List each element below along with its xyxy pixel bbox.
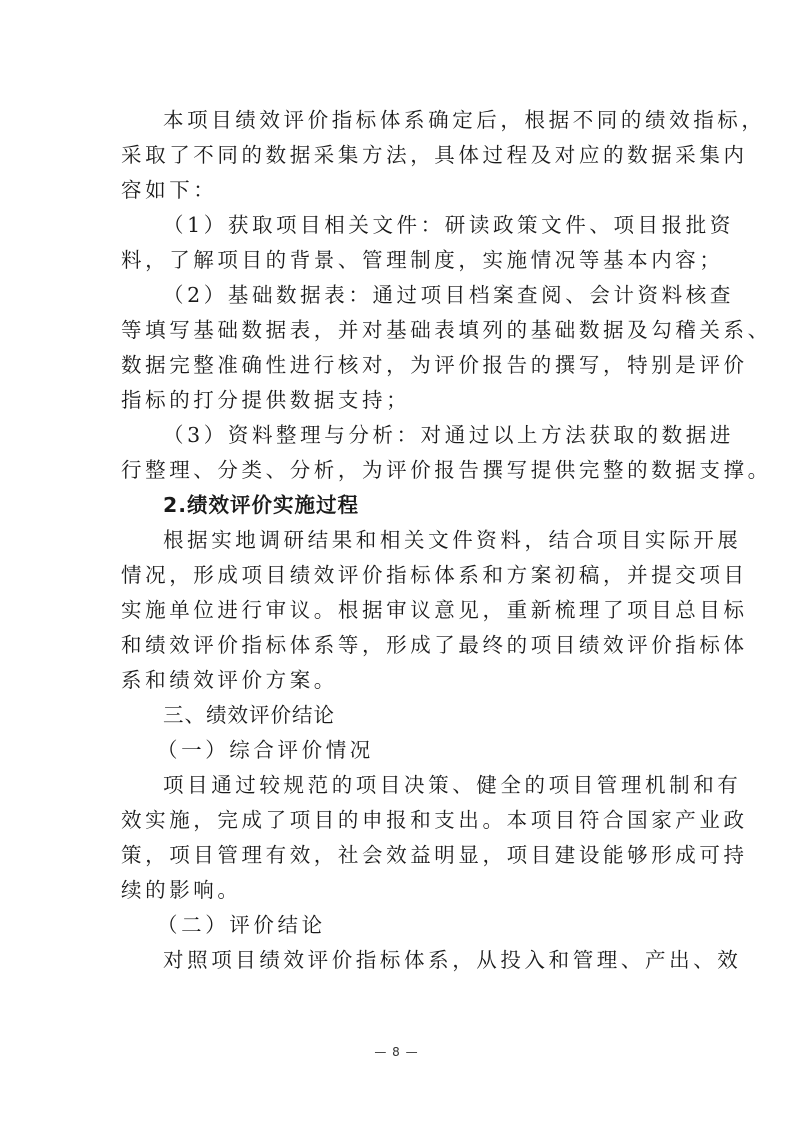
text-line: 料，了解项目的背景、管理制度，实施情况等基本内容； (121, 243, 681, 278)
list-item-3: （3）资料整理与分析：对通过以上方法获取的数据进 行整理、分类、分析，为评价报告… (121, 418, 681, 488)
summary-paragraph: 项目通过较规范的项目决策、健全的项目管理机制和有 效实施，完成了项目的申报和支出… (121, 768, 681, 908)
text-line: 指标的打分提供数据支持； (121, 383, 681, 418)
conclusion-paragraph: 对照项目绩效评价指标体系，从投入和管理、产出、效 (121, 943, 681, 978)
document-page: 本项目绩效评价指标体系确定后，根据不同的绩效指标， 采取了不同的数据采集方法，具… (0, 0, 793, 1122)
text-line: 数据完整准确性进行核对，为评价报告的撰写，特别是评价 (121, 348, 681, 383)
section-heading-process: 2.绩效评价实施过程 (121, 488, 681, 523)
text-line: 容如下： (121, 173, 681, 208)
text-line: 系和绩效评价方案。 (121, 663, 681, 698)
section-heading-conclusion: 三、绩效评价结论 (121, 698, 681, 733)
page-content: 本项目绩效评价指标体系确定后，根据不同的绩效指标， 采取了不同的数据采集方法，具… (121, 103, 681, 978)
text-line: 实施单位进行审议。根据审议意见，重新梳理了项目总目标 (121, 593, 681, 628)
process-paragraph: 根据实地调研结果和相关文件资料，结合项目实际开展 情况，形成项目绩效评价指标体系… (121, 523, 681, 698)
text-line: 等填写基础数据表，并对基础表填列的基础数据及勾稽关系、 (121, 313, 681, 348)
text-line: 根据实地调研结果和相关文件资料，结合项目实际开展 (121, 523, 681, 558)
text-line: 行整理、分类、分析，为评价报告撰写提供完整的数据支撑。 (121, 453, 681, 488)
text-line: （2）基础数据表：通过项目档案查阅、会计资料核查 (121, 278, 681, 313)
text-line: 本项目绩效评价指标体系确定后，根据不同的绩效指标， (121, 103, 681, 138)
text-line: 项目通过较规范的项目决策、健全的项目管理机制和有 (121, 768, 681, 803)
text-line: 情况，形成项目绩效评价指标体系和方案初稿，并提交项目 (121, 558, 681, 593)
text-line: 和绩效评价指标体系等，形成了最终的项目绩效评价指标体 (121, 628, 681, 663)
text-line: 采取了不同的数据采集方法，具体过程及对应的数据采集内 (121, 138, 681, 173)
text-line: 对照项目绩效评价指标体系，从投入和管理、产出、效 (121, 943, 681, 978)
list-item-2: （2）基础数据表：通过项目档案查阅、会计资料核查 等填写基础数据表，并对基础表填… (121, 278, 681, 418)
text-line: （3）资料整理与分析：对通过以上方法获取的数据进 (121, 418, 681, 453)
subheading-evaluation-conclusion: （二）评价结论 (121, 908, 681, 943)
intro-paragraph: 本项目绩效评价指标体系确定后，根据不同的绩效指标， 采取了不同的数据采集方法，具… (121, 103, 681, 208)
text-line: 策，项目管理有效，社会效益明显，项目建设能够形成可持 (121, 838, 681, 873)
text-line: 续的影响。 (121, 873, 681, 908)
text-line: （1）获取项目相关文件：研读政策文件、项目报批资 (121, 208, 681, 243)
text-line: 效实施，完成了项目的申报和支出。本项目符合国家产业政 (121, 803, 681, 838)
subheading-overall-evaluation: （一）综合评价情况 (121, 733, 681, 768)
list-item-1: （1）获取项目相关文件：研读政策文件、项目报批资 料，了解项目的背景、管理制度，… (121, 208, 681, 278)
page-number: — 8 — (0, 1045, 793, 1059)
